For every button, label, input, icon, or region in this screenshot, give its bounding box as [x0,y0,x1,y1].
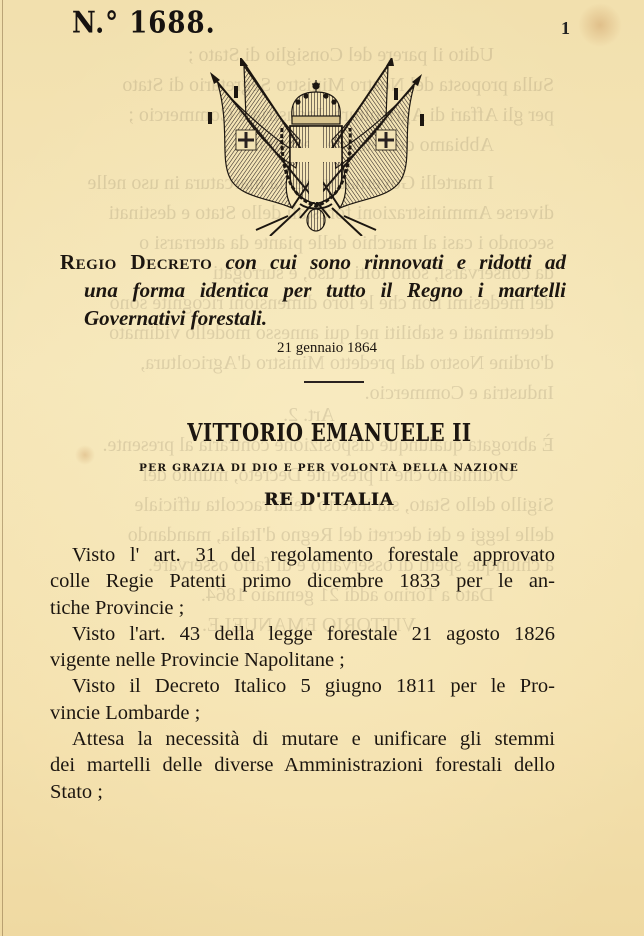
recital-line: colle Regie Patenti primo dicembre 1833 … [50,568,555,594]
recital-paragraph: Visto il Decreto Italico 5 giugno 1811 p… [50,673,555,726]
title-line-2: una forma identica per tutto il Regno i … [60,276,566,304]
sovereign-title: RE D'ITALIA [0,490,644,510]
recital-paragraph: Attesa la necessità di mutare e unificar… [50,726,555,805]
page-number: 1 [561,18,570,39]
recital-line: Visto l' art. 31 del regolamento foresta… [50,542,555,568]
sovereign-name: VITTORIO EMANUELE II [58,418,586,447]
recital-paragraph: Visto l'art. 43 della legge forestale 21… [50,621,555,674]
document-number: N.° 1688. [72,6,216,41]
sovereign-grace-formula: PER GRAZIA DI DIO E PER VOLONTÀ DELLA NA… [0,462,644,474]
decree-type-label: Regio Decreto [60,250,212,274]
recital-line: Visto il Decreto Italico 5 giugno 1811 p… [50,673,555,699]
title-line-1: con cui sono rinnovati e ridotti ad [225,250,566,274]
recital-line: dei martelli delle diverse Amministrazio… [50,752,555,778]
recital-paragraph: Visto l' art. 31 del regolamento foresta… [50,542,555,621]
decree-title: Regio Decreto con cui sono rinnovati e r… [60,248,566,332]
recital-line: Visto l'art. 43 della legge forestale 21… [50,621,555,647]
recital-line: tiche Provincie ; [50,595,555,621]
decree-date: 21 gennaio 1864 [0,340,644,357]
recital-line: vigente nelle Provincie Napolitane ; [50,647,555,673]
decree-body: Visto l' art. 31 del regolamento foresta… [50,542,555,805]
savoy-coat-of-arms-icon [200,58,432,236]
title-line-3: Governativi forestali. [60,304,566,332]
recital-line: Stato ; [50,779,555,805]
recital-line: Attesa la necessità di mutare e unificar… [50,726,555,752]
divider-rule [304,381,364,383]
recital-line: vincie Lombarde ; [50,700,555,726]
